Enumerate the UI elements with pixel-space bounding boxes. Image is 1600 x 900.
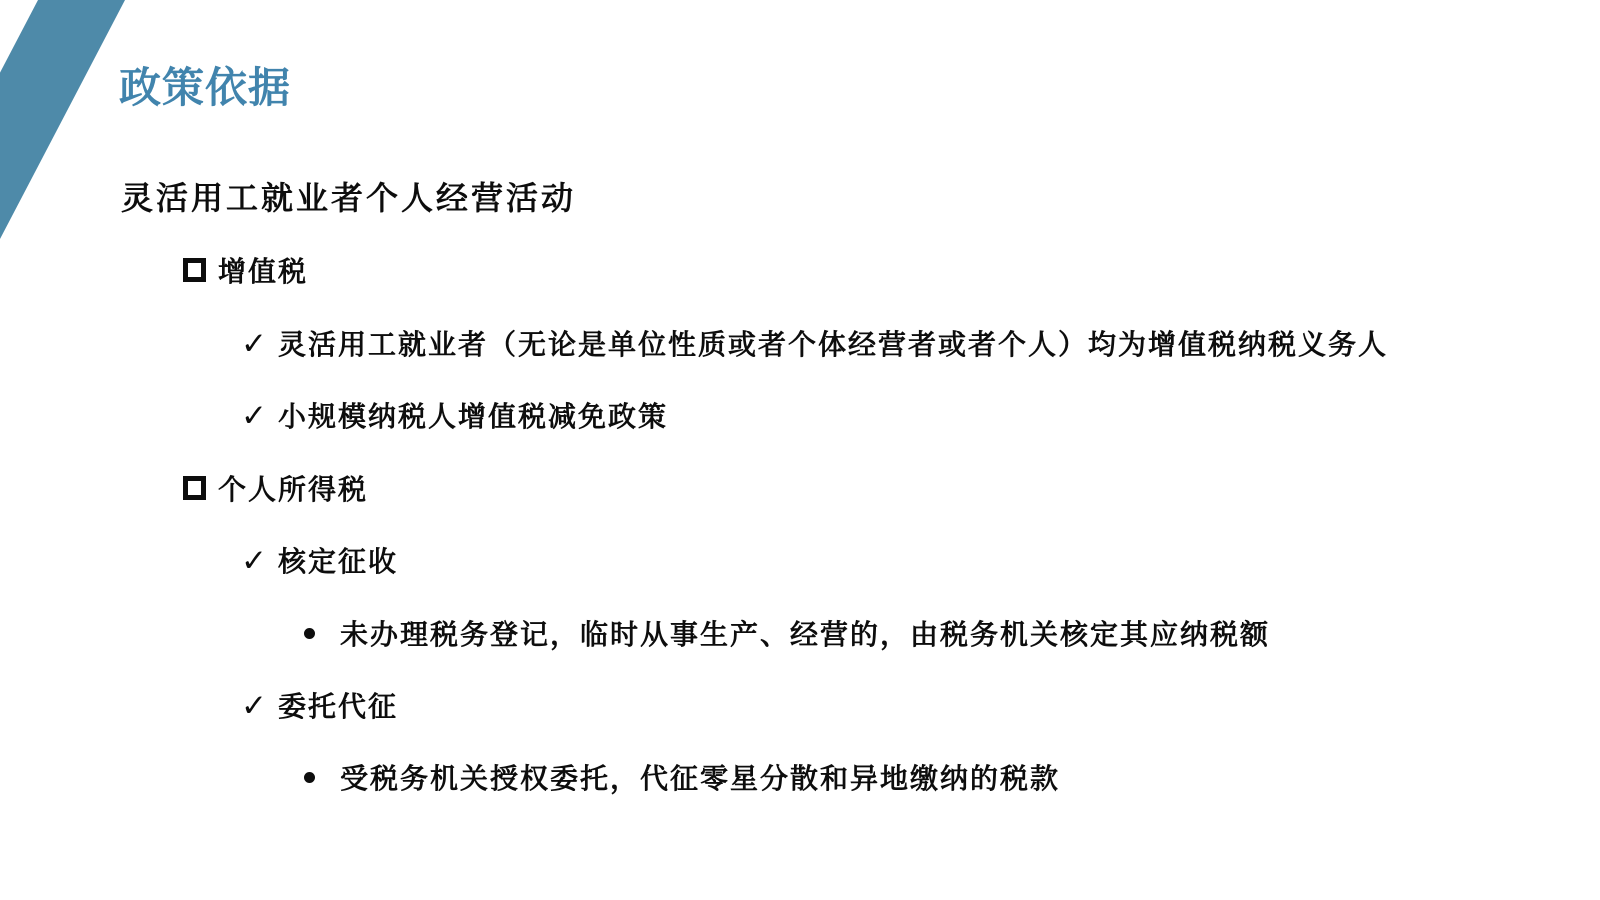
check-bullet-icon: ✓ xyxy=(241,328,278,359)
bullet-item-vat: 增值税 xyxy=(183,248,308,292)
check-bullet-icon: ✓ xyxy=(241,690,278,721)
bullet-item-entrusted-collection: ✓ 委托代征 xyxy=(241,683,398,727)
presentation-slide: 政策依据 灵活用工就业者个人经营活动 增值税 ✓ 灵活用工就业者（无论是单位性质… xyxy=(0,0,1600,900)
bullet-item-individual-income-tax: 个人所得税 xyxy=(183,466,368,510)
bullet-item-entrusted-detail: 受税务机关授权委托，代征零星分散和异地缴纳的税款 xyxy=(304,755,1060,799)
square-bullet-icon xyxy=(183,476,206,500)
bullet-item-unregistered-detail: 未办理税务登记，临时从事生产、经营的，由税务机关核定其应纳税额 xyxy=(304,611,1270,655)
slide-title: 政策依据 xyxy=(119,62,291,114)
check-bullet-icon: ✓ xyxy=(241,400,278,431)
bullet-text: 核定征收 xyxy=(278,540,398,580)
diagonal-stripe-shape xyxy=(0,0,125,260)
bullet-item-assessed-collection: ✓ 核定征收 xyxy=(241,538,398,582)
bullet-text: 增值税 xyxy=(218,250,308,290)
section-heading: 灵活用工就业者个人经营活动 xyxy=(121,176,576,220)
bullet-text: 未办理税务登记，临时从事生产、经营的，由税务机关核定其应纳税额 xyxy=(340,613,1270,653)
corner-stripe-decoration xyxy=(0,0,200,260)
bullet-item-small-scale-relief: ✓ 小规模纳税人增值税减免政策 xyxy=(241,393,668,437)
bullet-item-vat-taxpayer: ✓ 灵活用工就业者（无论是单位性质或者个体经营者或者个人）均为增值税纳税义务人 xyxy=(241,321,1388,365)
check-bullet-icon: ✓ xyxy=(241,545,278,576)
dot-bullet-icon xyxy=(304,628,315,639)
bullet-text: 灵活用工就业者（无论是单位性质或者个体经营者或者个人）均为增值税纳税义务人 xyxy=(278,323,1388,363)
bullet-text: 委托代征 xyxy=(278,685,398,725)
bullet-text: 个人所得税 xyxy=(218,468,368,508)
bullet-text: 小规模纳税人增值税减免政策 xyxy=(278,395,668,435)
square-bullet-icon xyxy=(183,258,206,282)
dot-bullet-icon xyxy=(304,772,315,783)
bullet-text: 受税务机关授权委托，代征零星分散和异地缴纳的税款 xyxy=(340,757,1060,797)
